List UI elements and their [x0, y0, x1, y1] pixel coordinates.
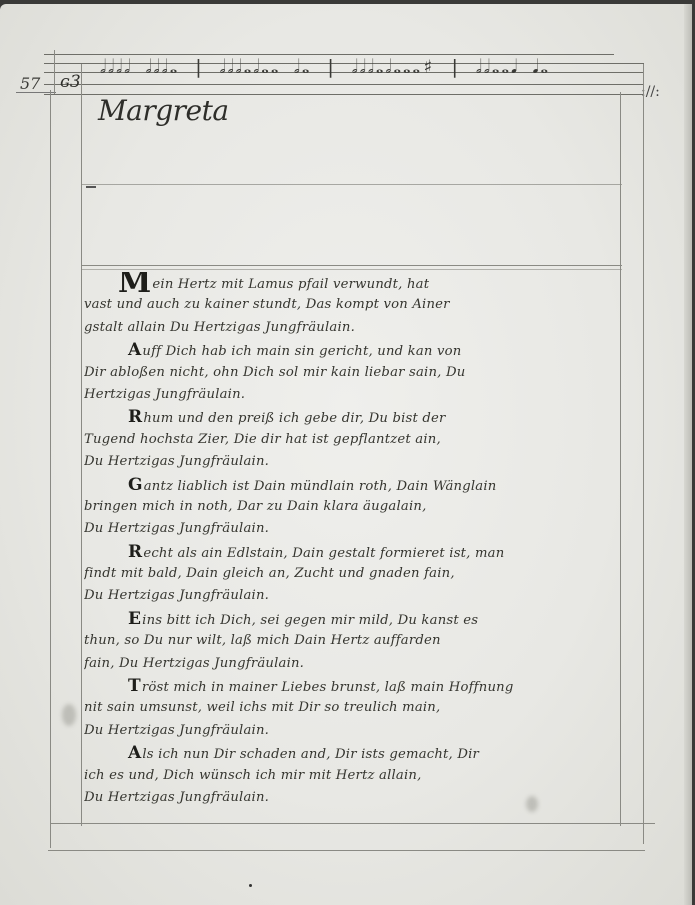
stanza-initial: T: [128, 676, 141, 696]
decorated-initial: M: [118, 272, 151, 294]
stanza-line: Tugend hochsta Zier, Die dir hat ist gep…: [84, 429, 640, 451]
stanza-line: Gantz liablich ist Dain mündlain roth, D…: [84, 474, 640, 496]
frame-outer-right: [643, 64, 644, 844]
stanza-initial: A: [128, 340, 141, 360]
frame-bottom-outer: [48, 850, 645, 851]
stanza-initial: R: [128, 407, 142, 427]
stanza-7: Tröst mich in mainer Liebes brunst, laß …: [84, 675, 640, 742]
frame-bottom-inner: [50, 823, 655, 824]
stanza-4: Gantz liablich ist Dain mündlain roth, D…: [84, 474, 640, 541]
ink-dot: [249, 884, 252, 887]
frame-outer-left: [50, 90, 51, 848]
stanza-line: Rhum und den preiß ich gebe dir, Du bist…: [84, 406, 640, 428]
stanza-line: vast und auch zu kainer stundt, Das komp…: [84, 294, 640, 316]
frame-rule: [82, 184, 622, 185]
stanza-line: Dir abloßen nicht, ohn Dich sol mir kain…: [84, 362, 640, 384]
mensuration-sign: ɢ3: [60, 72, 81, 92]
manuscript-page: 57 ɢ3 𝅗𝅥𝅗𝅥𝅗𝅥𝅗𝅥 𝅗𝅥𝅗𝅥𝅗𝅥𝅝 | 𝅗𝅥𝅗𝅥𝅗𝅥𝅝𝅗𝅥𝅝𝅝 𝅗𝅥𝅝…: [0, 4, 692, 905]
stanza-6: Eins bitt ich Dich, sei gegen mir mild, …: [84, 608, 640, 675]
stanza-line: nit sain umsunst, weil ichs mit Dir so t…: [84, 697, 640, 719]
dash-mark: [86, 186, 96, 188]
stanza-initial: G: [128, 475, 143, 495]
stanza-line: Du Hertzigas Jungfräulain.: [84, 720, 640, 742]
frame-inner-left: [81, 64, 82, 826]
stanza-line: Du Hertzigas Jungfräulain.: [84, 585, 640, 607]
stanza-3: Rhum und den preiß ich gebe dir, Du bist…: [84, 406, 640, 473]
stanza-line: Tröst mich in mainer Liebes brunst, laß …: [84, 675, 640, 697]
stanza-line: gstalt allain Du Hertzigas Jungfräulain.: [84, 317, 640, 339]
stanza-line: findt mit bald, Dain gleich an, Zucht un…: [84, 563, 640, 585]
stanza-line: Du Hertzigas Jungfräulain.: [84, 787, 640, 809]
stanza-2: Auff Dich hab ich main sin gericht, und …: [84, 339, 640, 406]
stanza-line: thun, so Du nur wilt, laß mich Dain Hert…: [84, 630, 640, 652]
frame-staff-left: [54, 50, 55, 94]
stanza-line: Auff Dich hab ich main sin gericht, und …: [84, 339, 640, 361]
stanza-line: fain, Du Hertzigas Jungfräulain.: [84, 653, 640, 675]
stanza-line: Mein Hertz mit Lamus pfail verwundt, hat: [84, 272, 640, 294]
stanza-line: Recht als ain Edlstain, Dain gestalt for…: [84, 541, 640, 563]
stanza-line: Du Hertzigas Jungfräulain.: [84, 451, 640, 473]
stanza-line: Eins bitt ich Dich, sei gegen mir mild, …: [84, 608, 640, 630]
stanza-initial: E: [128, 609, 141, 629]
voice-name: Margreta: [98, 94, 229, 127]
stanza-1: Mein Hertz mit Lamus pfail verwundt, hat…: [84, 272, 640, 339]
lyrics-text: Mein Hertz mit Lamus pfail verwundt, hat…: [84, 272, 640, 809]
stanza-line: Als ich nun Dir schaden and, Dir ists ge…: [84, 742, 640, 764]
ink-stain: [62, 704, 76, 726]
folio-number: 57: [20, 74, 40, 93]
stanza-line: ich es und, Dich wünsch ich mir mit Hert…: [84, 765, 640, 787]
staff-line: [44, 54, 614, 55]
stanza-5: Recht als ain Edlstain, Dain gestalt for…: [84, 541, 640, 608]
frame-rule: [82, 265, 622, 266]
stanza-line: bringen mich in noth, Dar zu Dain klara …: [84, 496, 640, 518]
stanza-8: Als ich nun Dir schaden and, Dir ists ge…: [84, 742, 640, 809]
stanza-initial: R: [128, 542, 142, 562]
frame-rule: [82, 269, 622, 270]
stanza-line: Du Hertzigas Jungfräulain.: [84, 518, 640, 540]
page-edge: [684, 4, 692, 905]
stanza-line: Hertzigas Jungfräulain.: [84, 384, 640, 406]
stanza-initial: A: [128, 743, 141, 763]
